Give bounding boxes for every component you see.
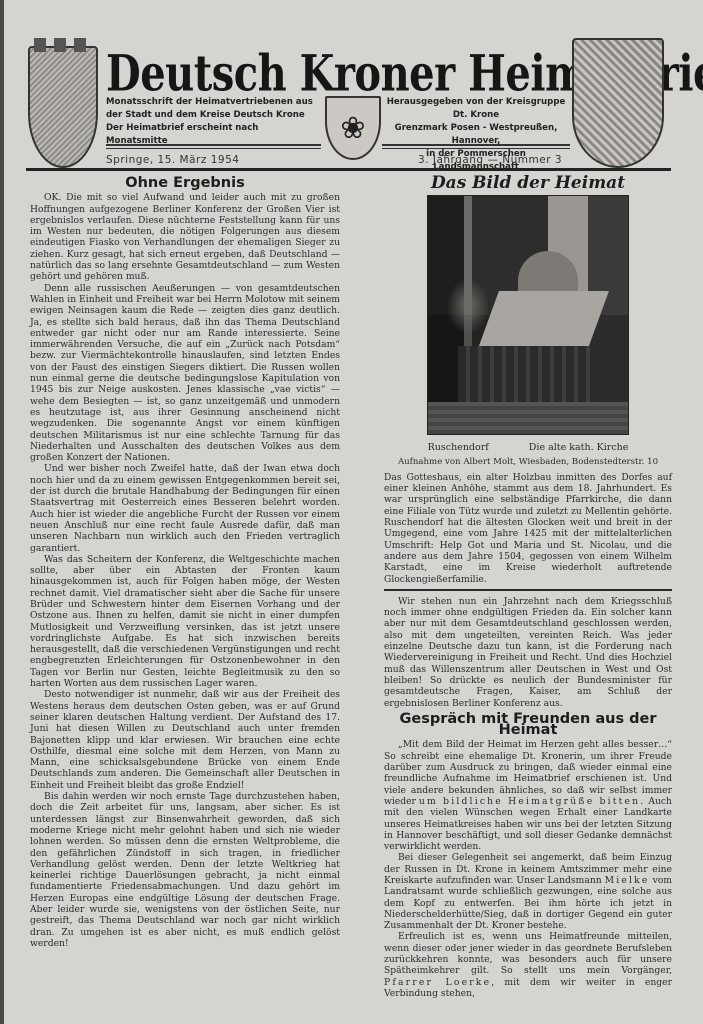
issue-number: 3. Jahrgang — Nummer 3 [418,154,562,166]
article-bild-der-heimat: Das Bild der Heimat Ruschendorf Die alte… [384,178,672,999]
article-title: Das Bild der Heimat [384,178,672,189]
paragraph: Denn alle russischen Aeußerungen — von g… [30,283,340,464]
article-ohne-ergebnis: Ohne Ergebnis OK. Die mit so viel Aufwan… [30,178,340,949]
paragraph: Und wer bisher noch Zweifel hatte, daß d… [30,463,340,553]
emphasis: um bildliche Heimatgrüße bitten. [419,796,645,807]
paragraph: OK. Die mit so viel Aufwand und leider a… [30,192,340,282]
paragraph: Bei dieser Gelegenheit sei angemerkt, da… [384,852,672,931]
paragraph: Desto notwendiger ist nunmehr, daß wir a… [30,689,340,791]
church-photo [427,195,629,435]
stone-wall [428,402,628,434]
eagle-crest-icon [572,38,664,168]
masthead: Deutsch Kroner Heimatbrief Monatsschrift… [20,36,685,166]
caption-subject: Die alte kath. Kirche [529,442,629,453]
paragraph: „Mit dem Bild der Heimat im Herzen geht … [384,739,672,852]
emphasis: Mielke [605,875,650,886]
paragraph: Bis dahin werden wir noch ernste Tage du… [30,791,340,949]
article-title: Ohne Ergebnis [30,178,340,189]
text: Erfreulich ist es, wenn uns Heimatfreund… [384,931,672,976]
subtitle-left: Monatsschrift der Heimatvertriebenen aus… [106,96,321,148]
church-wall [458,346,598,406]
paragraph: Das Gotteshaus, ein alter Holzbau inmitt… [384,472,672,585]
paragraph: Was das Scheitern der Konferenz, die Wel… [30,554,340,690]
griffin-shield-icon: ❀ [325,96,381,160]
subtitle-left-line: Monatsschrift der Heimatvertriebenen aus [106,96,321,109]
paragraph: Erfreulich ist es, wenn uns Heimatfreund… [384,931,672,999]
double-rule [106,144,321,146]
masthead-rule [26,168,671,171]
photo-caption: Ruschendorf Die alte kath. Kirche [384,442,672,453]
subtitle-right-line: Herausgegeben von der Kreisgruppe Dt. Kr… [382,96,570,122]
newspaper-title: Deutsch Kroner Heimatbrief [106,44,566,103]
photo-credit: Aufnahme von Albert Molt, Wiesbaden, Bod… [384,457,672,468]
emphasis: Pfarrer Loerke [384,977,491,988]
church-roof [477,291,609,351]
subtitle-left-line: der Stadt und dem Kreise Deutsch Krone [106,109,321,122]
caption-place: Ruschendorf [428,442,489,453]
paragraph: Wir stehen nun ein Jahrzehnt nach dem Kr… [384,596,672,709]
section-divider [384,589,672,591]
issue-date: Springe, 15. März 1954 [106,154,239,166]
page-edge [0,0,4,1024]
article-title: Gespräch mit Freunden aus der Heimat [384,714,672,737]
city-crest-icon [28,46,98,168]
double-rule [382,144,570,146]
